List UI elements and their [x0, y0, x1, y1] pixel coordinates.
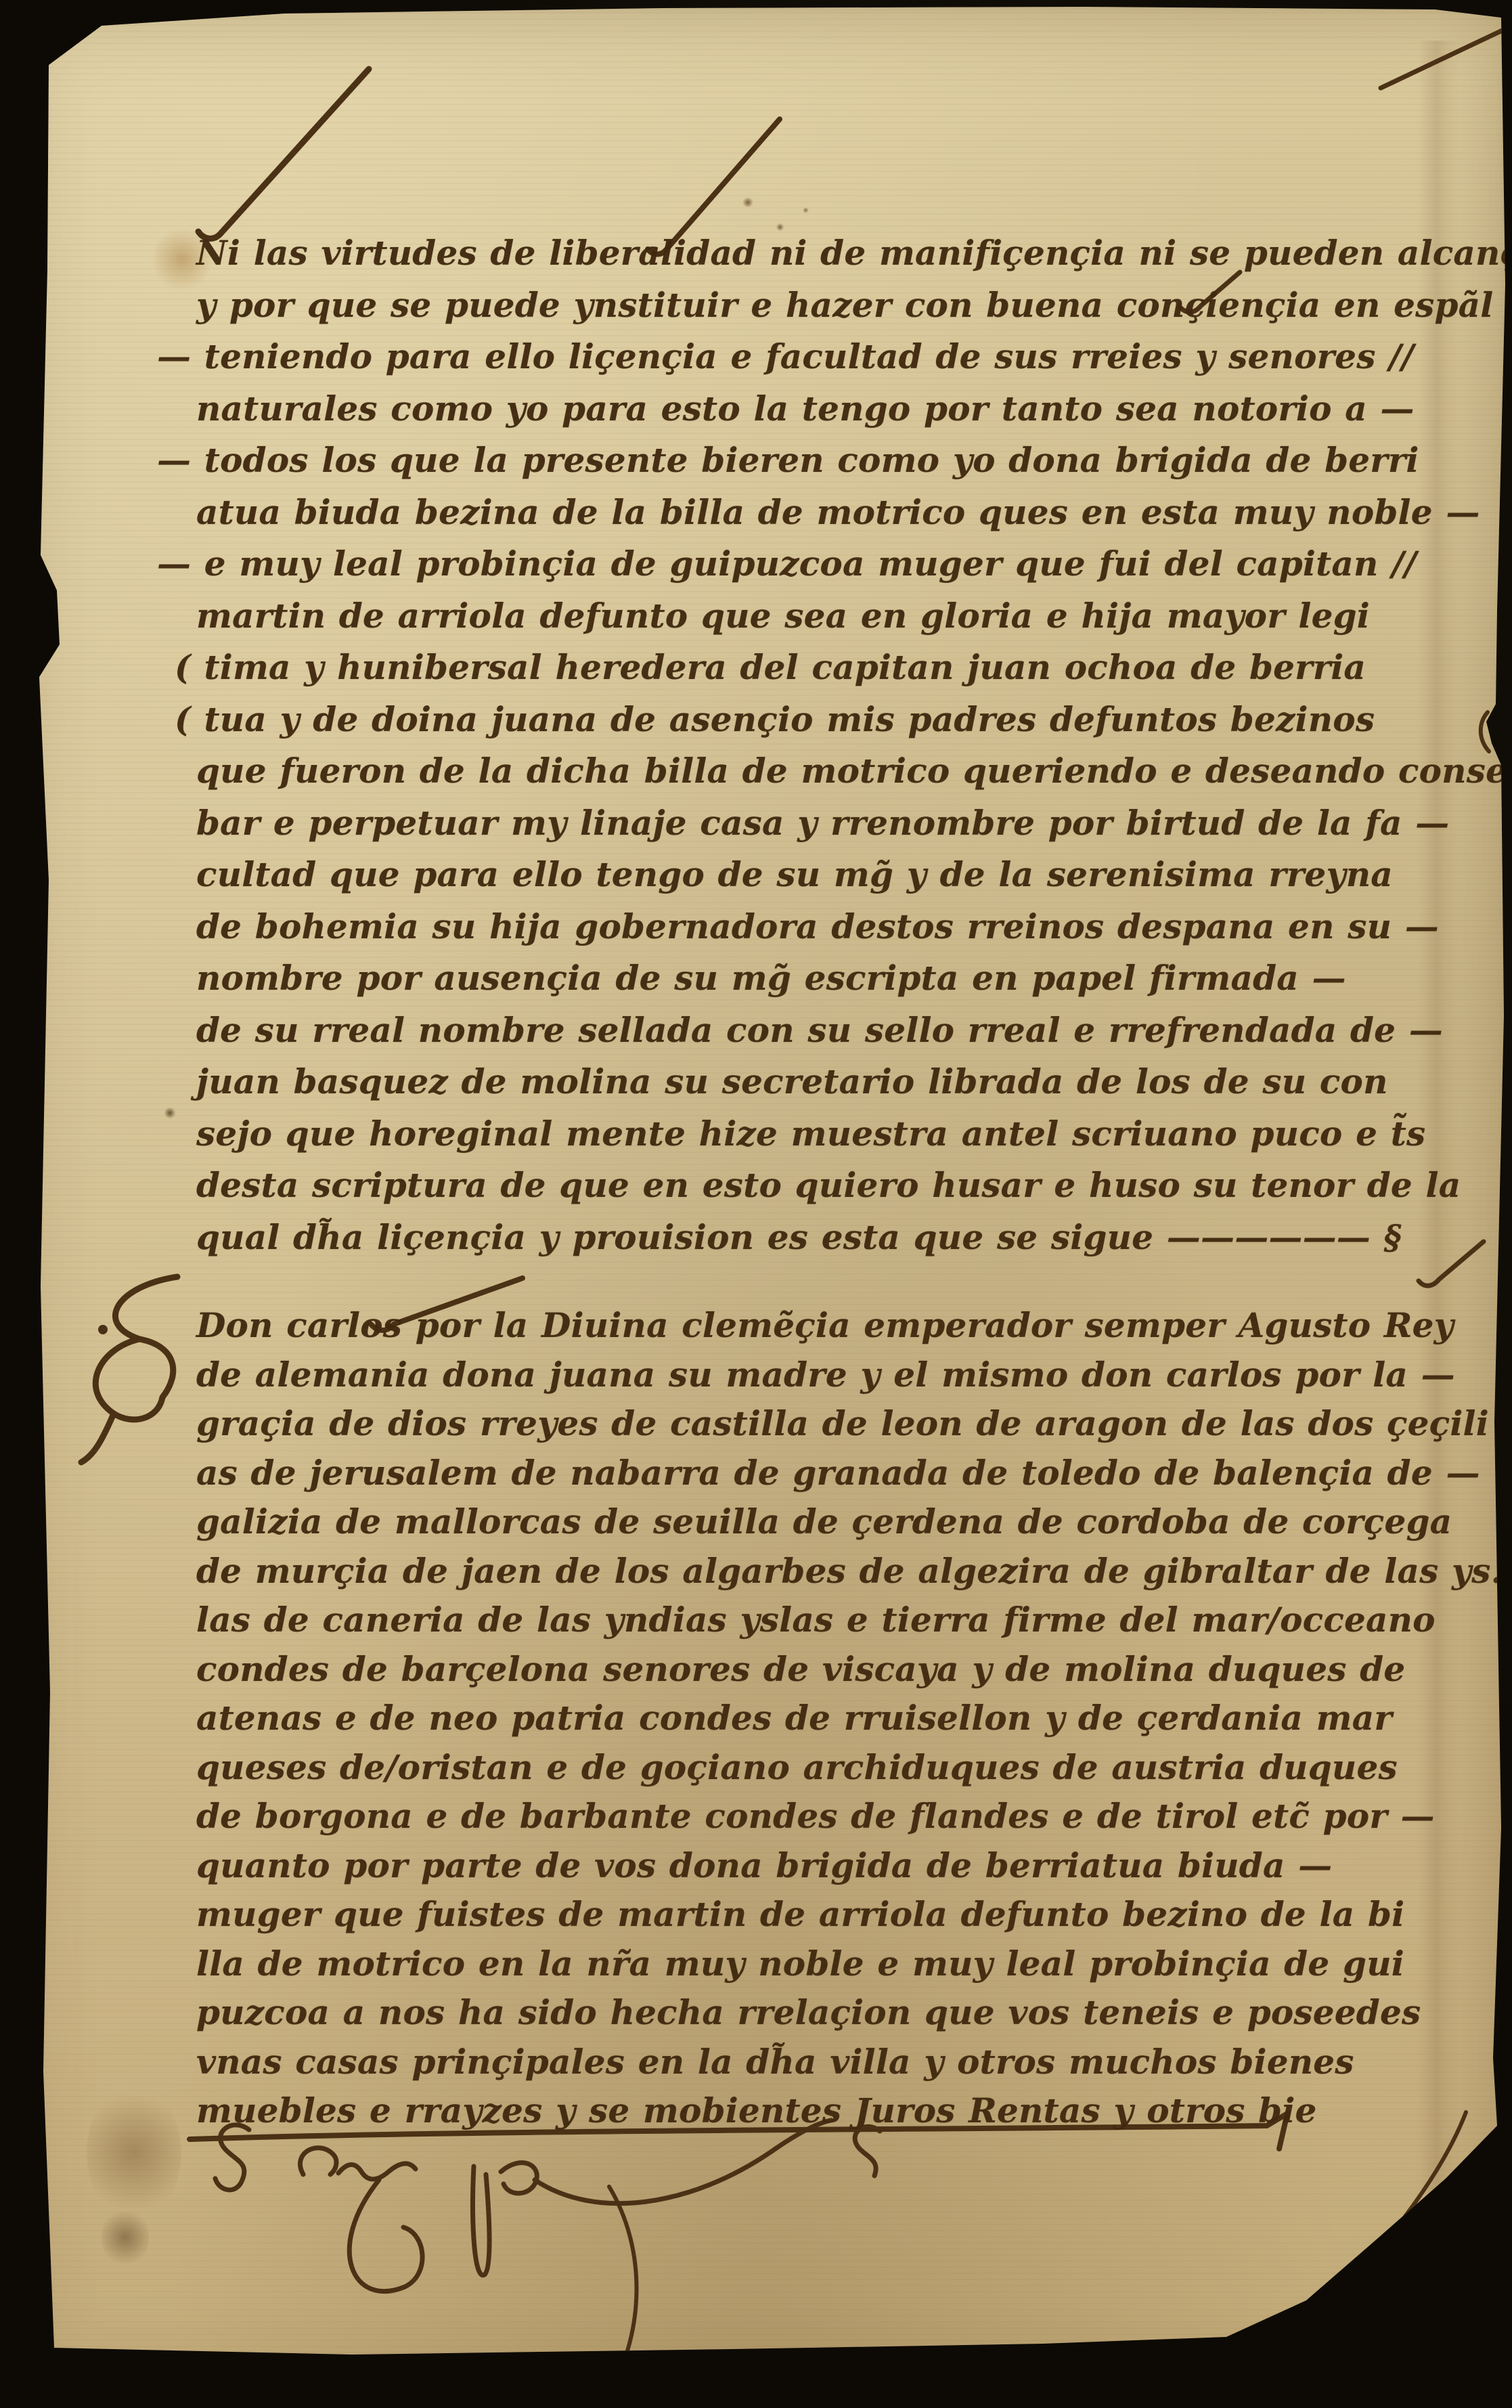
manuscript-photo: Ni las virtudes de liberalidad ni de man…	[0, 0, 1512, 2408]
manuscript-line: de murçia de jaen de los algarbes de alg…	[196, 1547, 1455, 1596]
manuscript-line: ( tima y hunibersal heredera del capitan…	[196, 642, 1455, 694]
ink-speck	[803, 207, 809, 213]
manuscript-line: queses de/oristan e de goçiano archiduqu…	[196, 1743, 1455, 1793]
manuscript-line: nombre por ausençia de su mg̃ escripta e…	[196, 953, 1455, 1005]
paraph-dot	[98, 1325, 108, 1334]
manuscript-line: — e muy leal probinçia de guipuzcoa muge…	[196, 538, 1455, 590]
manuscript-line: desta scriptura de que en esto quiero hu…	[196, 1160, 1455, 1212]
manuscript-line: y por que se puede ynstituir e hazer con…	[196, 280, 1455, 332]
paragraph-1: Ni las virtudes de liberalidad ni de man…	[196, 227, 1455, 1263]
manuscript-line: que fueron de la dicha billa de motrico …	[196, 745, 1455, 797]
manuscript-line: quanto por parte de vos dona brigida de …	[196, 1841, 1455, 1891]
manuscript-line: cultad que para ello tengo de su mg̃ y d…	[196, 849, 1455, 901]
corner-tail-stroke	[1253, 2112, 1466, 2379]
manuscript-line: — todos los que la presente bieren como …	[196, 435, 1455, 487]
ink-speck	[742, 198, 754, 207]
manuscript-line: muger que fuistes de martin de arriola d…	[196, 1890, 1455, 1940]
manuscript-line: as de jerusalem de nabarra de granada de…	[196, 1449, 1455, 1498]
manuscript-line: muebles e rrayzes y se mobientes Juros R…	[196, 2086, 1455, 2136]
manuscript-line: bar e perpetuar my linaje casa y rrenomb…	[196, 797, 1455, 850]
manuscript-line: de bohemia su hija gobernadora destos rr…	[196, 901, 1455, 953]
paper-stain	[102, 2207, 149, 2268]
left-margin-paraph	[81, 1277, 177, 1462]
manuscript-line: lla de motrico en la nr̃a muy noble e mu…	[196, 1940, 1455, 1989]
manuscript-line: Ni las virtudes de liberalidad ni de man…	[196, 227, 1455, 280]
manuscript-line: ( tua y de doina juana de asençio mis pa…	[196, 694, 1455, 746]
manuscript-line: sejo que horeginal mente hize muestra an…	[196, 1108, 1455, 1160]
signature-rubric	[300, 2120, 831, 2292]
manuscript-line: martin de arriola defunto que sea en glo…	[196, 590, 1455, 642]
manuscript-line: puzcoa a nos ha sido hecha rrelaçion que…	[196, 1988, 1455, 2038]
manuscript-line: galizia de mallorcas de seuilla de çerde…	[196, 1497, 1455, 1547]
manuscript-line: juan basquez de molina su secretario lib…	[196, 1056, 1455, 1108]
manuscript-line: graçia de dios rreyes de castilla de leo…	[196, 1399, 1455, 1449]
right-margin-paren-stroke	[1481, 712, 1489, 751]
manuscript-line: vnas casas prinçipales en la dh̃a villa …	[196, 2038, 1455, 2087]
manuscript-line: naturales como yo para esto la tengo por…	[196, 383, 1455, 435]
manuscript-line: de borgona e de barbante condes de fland…	[196, 1792, 1455, 1841]
manuscript-line: Don carlos por la Diuina clemẽçia empera…	[196, 1301, 1455, 1351]
manuscript-line: atua biuda bezina de la billa de motrico…	[196, 487, 1455, 539]
paragraph-2: Don carlos por la Diuina clemẽçia empera…	[196, 1301, 1455, 2136]
ink-speck	[164, 1108, 176, 1118]
manuscript-line: — teniendo para ello liçençia e facultad…	[196, 331, 1455, 383]
manuscript-line: atenas e de neo patria condes de rruisel…	[196, 1694, 1455, 1743]
top-left-slash-stroke	[198, 69, 369, 238]
manuscript-line: de su rreal nombre sellada con su sello …	[196, 1005, 1455, 1057]
manuscript-line: condes de barçelona senores de viscaya y…	[196, 1645, 1455, 1694]
manuscript-line: las de caneria de las yndias yslas e tie…	[196, 1596, 1455, 1645]
paper-stain	[87, 2085, 181, 2220]
manuscript-line: qual dh̃a liçençia y prouision es esta q…	[196, 1212, 1455, 1264]
top-right-slash-stroke	[1381, 27, 1509, 88]
parchment-page: Ni las virtudes de liberalidad ni de man…	[0, 0, 1512, 2408]
manuscript-line: de alemania dona juana su madre y el mis…	[196, 1351, 1455, 1400]
signature-descender-stroke	[604, 2187, 637, 2402]
